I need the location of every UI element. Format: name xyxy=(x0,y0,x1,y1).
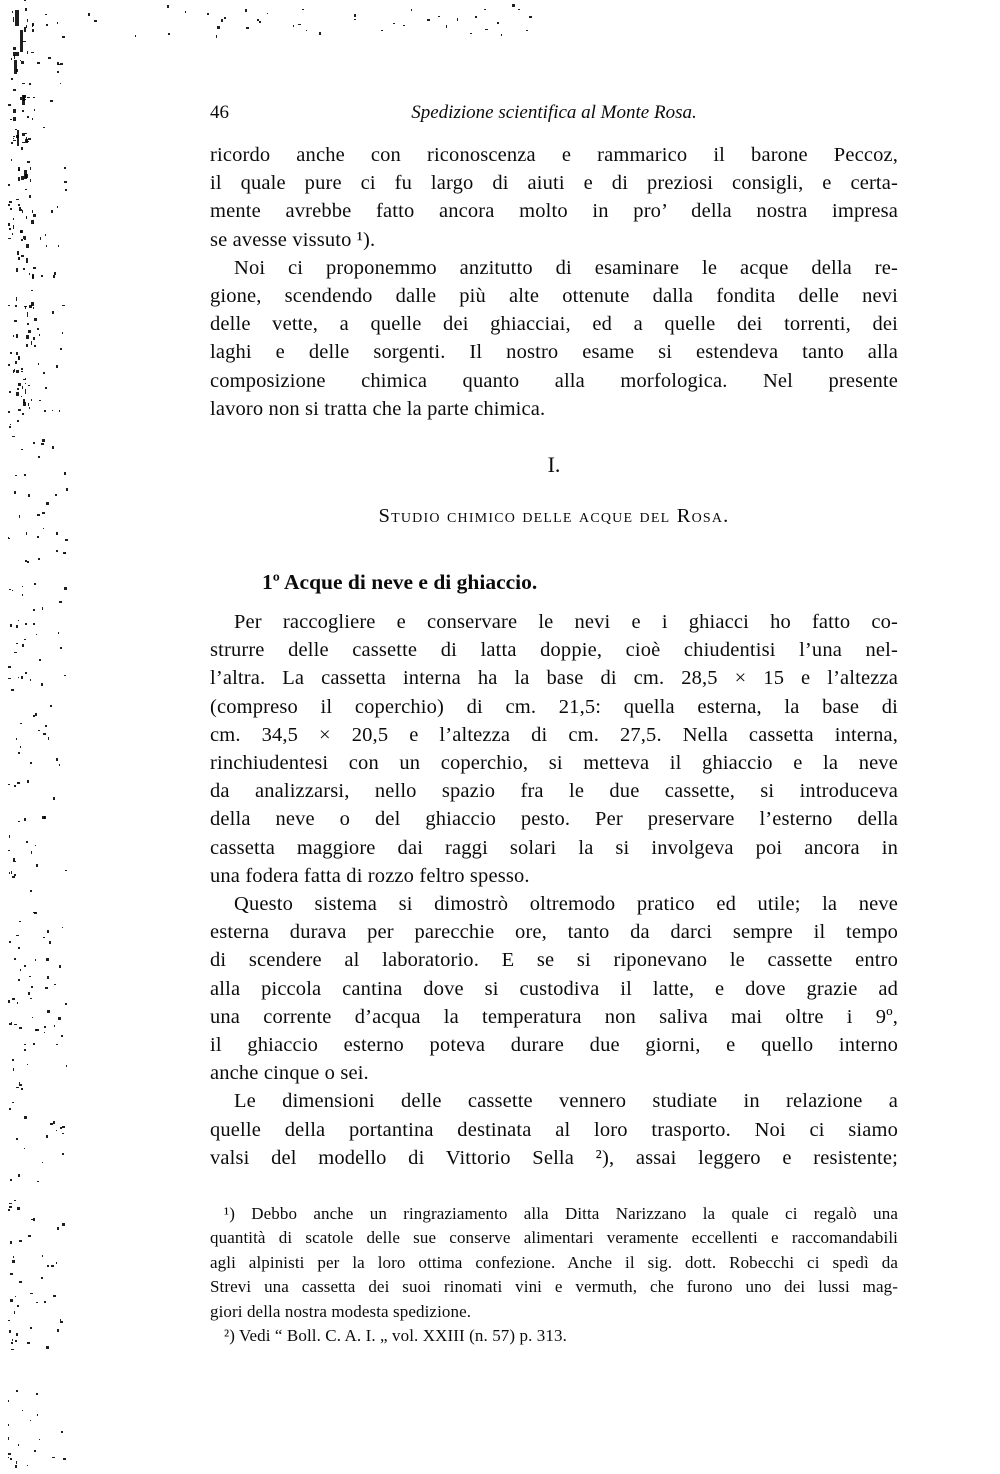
upper-paragraphs: ricordo anche con riconoscenza e rammari… xyxy=(210,141,898,423)
text-line: il ghiaccio esterno poteva durare due gi… xyxy=(210,1031,898,1059)
text-line: Le dimensioni delle cassette vennero stu… xyxy=(210,1087,898,1115)
text-line: lavoro non si tratta che la parte chimic… xyxy=(210,395,898,423)
paragraph: Noi ci proponemmo anzitutto di esaminare… xyxy=(210,254,898,423)
paragraph: Le dimensioni delle cassette vennero stu… xyxy=(210,1087,898,1172)
text-line: cassetta maggiore dai raggi solari la si… xyxy=(210,834,898,862)
footnote-line: ²) Vedi “ Boll. C. A. I. „ vol. XXIII (n… xyxy=(210,1324,898,1348)
text-line: esterna durava per parecchie ore, tanto … xyxy=(210,918,898,946)
paragraph: ricordo anche con riconoscenza e rammari… xyxy=(210,141,898,254)
footnote-line: quantità di scatole delle sue conserve a… xyxy=(210,1226,898,1250)
paragraph: Questo sistema si dimostrò oltremodo pra… xyxy=(210,890,898,1087)
text-line: laghi e delle sorgenti. Il nostro esame … xyxy=(210,338,898,366)
text-line: rinchiudentesi con un coperchio, si mett… xyxy=(210,749,898,777)
text-line: di scendere al laboratorio. E se si ripo… xyxy=(210,946,898,974)
text-line: gione, scendendo dalle più alte ottenute… xyxy=(210,282,898,310)
subsection-heading: 1º Acque di neve e di ghiaccio. xyxy=(210,569,898,596)
footnote-line: Strevi una cassetta dei suoi rinomati vi… xyxy=(210,1275,898,1299)
lower-paragraphs: Per raccogliere e conservare le nevi e i… xyxy=(210,608,898,1172)
footnotes: ¹) Debbo anche un ringraziamento alla Di… xyxy=(210,1202,898,1348)
text-line: composizione chimica quanto alla morfolo… xyxy=(210,367,898,395)
footnote-line: ¹) Debbo anche un ringraziamento alla Di… xyxy=(210,1202,898,1226)
text-line: della neve o del ghiaccio pesto. Per pre… xyxy=(210,805,898,833)
page-number: 46 xyxy=(210,100,229,126)
text-line: il quale pure ci fu largo di aiuti e di … xyxy=(210,169,898,197)
text-line: strurre delle cassette di latta doppie, … xyxy=(210,636,898,664)
text-line: (compreso il coperchio) di cm. 21,5: que… xyxy=(210,693,898,721)
text-line: anche cinque o sei. xyxy=(210,1059,898,1087)
book-page: 46 Spedizione scientifica al Monte Rosa.… xyxy=(0,0,1000,1474)
running-title: Spedizione scientifica al Monte Rosa. xyxy=(210,100,898,126)
footnote: ²) Vedi “ Boll. C. A. I. „ vol. XXIII (n… xyxy=(210,1324,898,1348)
text-line: Noi ci proponemmo anzitutto di esaminare… xyxy=(210,254,898,282)
text-line: una fodera fatta di rozzo feltro spesso. xyxy=(210,862,898,890)
footnote-line: agli alpinisti per la loro ottima confez… xyxy=(210,1251,898,1275)
text-line: una corrente d’acqua la temperatura non … xyxy=(210,1003,898,1031)
text-line: alla piccola cantina dove si custodiva i… xyxy=(210,975,898,1003)
text-line: delle vette, a quelle dei ghiacciai, ed … xyxy=(210,310,898,338)
text-line: da analizzarsi, nello spazio fra le due … xyxy=(210,777,898,805)
text-line: valsi del modello di Vittorio Sella ²), … xyxy=(210,1144,898,1172)
footnote-line: giori della nostra modesta spedizione. xyxy=(210,1300,898,1324)
text-line: Questo sistema si dimostrò oltremodo pra… xyxy=(210,890,898,918)
text-line: mente avrebbe fatto ancora molto in pro’… xyxy=(210,197,898,225)
text-line: l’altra. La cassetta interna ha la base … xyxy=(210,664,898,692)
text-line: Per raccogliere e conservare le nevi e i… xyxy=(210,608,898,636)
paragraph: Per raccogliere e conservare le nevi e i… xyxy=(210,608,898,890)
running-head: 46 Spedizione scientifica al Monte Rosa. xyxy=(210,100,898,128)
text-line: cm. 34,5 × 20,5 e l’altezza di cm. 27,5.… xyxy=(210,721,898,749)
text-line: ricordo anche con riconoscenza e rammari… xyxy=(210,141,898,169)
footnote: ¹) Debbo anche un ringraziamento alla Di… xyxy=(210,1202,898,1324)
section-numeral: I. xyxy=(210,452,898,478)
section-title: Studio chimico delle acque del Rosa. xyxy=(210,503,898,529)
text-line: quelle della portantina destinata al lor… xyxy=(210,1116,898,1144)
text-line: se avesse vissuto ¹). xyxy=(210,226,898,254)
